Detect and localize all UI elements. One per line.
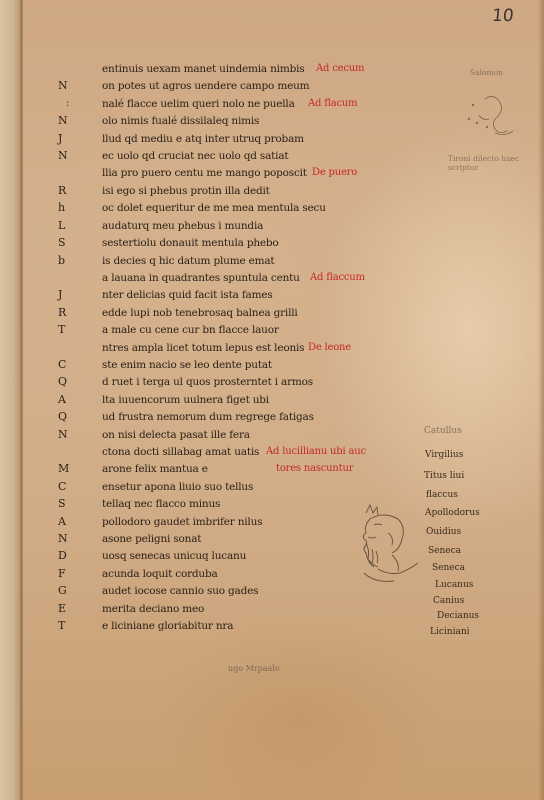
line-initial: S — [58, 234, 72, 252]
line-verse: audet iocose cannio suo gades — [102, 582, 258, 600]
line-rubric: Ad flacum — [308, 95, 357, 113]
line-initial: T — [58, 321, 72, 339]
line-initial: N — [58, 530, 72, 548]
manuscript-page: 10 Salomon Tironi dilecto haec scriptur … — [0, 0, 544, 800]
line-rubric: tores nascuntur — [276, 460, 353, 478]
line-initial: R — [58, 182, 72, 200]
line-verse: acunda loquit corduba — [102, 565, 218, 583]
line-verse: ensetur apona liuio suo tellus — [102, 478, 253, 496]
line-verse: audaturq meu phebus i mundia — [102, 217, 263, 235]
line-initial: F — [58, 565, 72, 583]
line-initial: T — [58, 617, 72, 635]
margin-note-name: Salomon — [470, 68, 503, 77]
line-verse: uosq senecas unicuq lucanu — [102, 547, 246, 565]
line-verse: e liciniane gloriabitur nra — [102, 617, 233, 635]
line-initial: G — [58, 582, 72, 600]
line-verse: is decies q hic datum plume emat — [102, 252, 274, 270]
line-verse: ec uolo qd cruciat nec uolo qd satiat — [102, 147, 288, 165]
line-verse: ste enim nacio se leo dente putat — [102, 356, 272, 374]
side-note: Virgilius — [425, 450, 463, 460]
side-note: Lucanus — [435, 580, 473, 590]
line-verse: ud frustra nemorum dum regrege fatigas — [102, 408, 314, 426]
line-initial: N — [58, 426, 72, 444]
line-verse: on potes ut agros uendere campo meum — [102, 77, 309, 95]
bottom-annotation: ugo Mrpaalo — [228, 664, 280, 673]
folio-number: 10 — [491, 6, 515, 26]
line-verse: oc dolet equeritur de me mea mentula sec… — [102, 199, 326, 217]
line-initial: b — [58, 252, 72, 270]
line-initial: C — [58, 478, 72, 496]
gutter-fold-line — [20, 0, 23, 800]
line-rubric: De puero — [312, 164, 357, 182]
line-verse: d ruet i terga ul quos prosterntet i arm… — [102, 373, 313, 391]
line-verse: pollodoro gaudet imbrifer nilus — [102, 513, 262, 531]
line-verse: entinuis uexam manet uindemia nimbis — [102, 60, 304, 78]
line-initial: J — [58, 286, 72, 304]
line-verse: edde lupi nob tenebrosaq balnea grilli — [102, 304, 298, 322]
line-initial: A — [58, 513, 72, 531]
line-verse: a lauana in quadrantes spuntula centu — [102, 269, 300, 287]
side-note: Seneca — [428, 546, 461, 556]
line-initial: N — [58, 147, 72, 165]
line-rubric: Ad flaccum — [310, 269, 365, 287]
line-initial: N — [58, 112, 72, 130]
line-verse: tellaq nec flacco minus — [102, 495, 220, 513]
line-verse: llud qd mediu e atq inter utruq probam — [102, 130, 304, 148]
line-verse: ntres ampla licet totum lepus est leonis — [102, 339, 304, 357]
side-note: flaccus — [426, 490, 458, 500]
line-verse: isi ego si phebus protin illa dedit — [102, 182, 270, 200]
line-initial: D — [58, 547, 72, 565]
line-verse: on nisi delecta pasat ille fera — [102, 426, 250, 444]
line-initial: J — [58, 130, 72, 148]
line-initial: S — [58, 495, 72, 513]
line-verse: asone peligni sonat — [102, 530, 201, 548]
binding-gutter — [0, 0, 22, 800]
line-verse: arone felix mantua e — [102, 460, 208, 478]
line-verse: a male cu cene cur bn flacce lauor — [102, 321, 279, 339]
line-initial: C — [58, 356, 72, 374]
line-verse: lta iuuencorum uulnera figet ubi — [102, 391, 269, 409]
line-initial: L — [58, 217, 72, 235]
side-note: Ouidius — [426, 527, 461, 537]
margin-dots: : — [66, 98, 69, 109]
line-initial: M — [58, 460, 72, 478]
line-initial: Q — [58, 373, 72, 391]
line-verse: ctona docti sillabag amat uatis — [102, 443, 259, 461]
portrait-sketch-icon — [352, 503, 420, 591]
side-note: Seneca — [432, 563, 465, 573]
line-rubric: De leone — [308, 339, 351, 357]
line-initial: A — [58, 391, 72, 409]
line-initial: h — [58, 199, 72, 217]
side-note: Titus liui — [424, 471, 464, 481]
line-verse: nter delicias quid facit ista fames — [102, 286, 273, 304]
side-note: Decianus — [437, 611, 479, 621]
side-note: Apollodorus — [425, 508, 480, 518]
line-rubric: Ad lucillianu ubi auc — [266, 443, 366, 461]
line-initial: N — [58, 77, 72, 95]
line-verse: llia pro puero centu me mango poposcit — [102, 164, 307, 182]
page-right-edge — [538, 0, 544, 800]
line-verse: merita deciano meo — [102, 600, 204, 618]
line-initial: E — [58, 600, 72, 618]
side-note: Canius — [433, 596, 464, 606]
side-note: Catullus — [424, 426, 462, 436]
line-verse: olo nimis fualé dissilaleq nimis — [102, 112, 259, 130]
line-rubric: Ad cecum — [316, 60, 364, 78]
line-verse: sestertiolu donauit mentula phebo — [102, 234, 279, 252]
margin-doodle-icon — [465, 85, 525, 145]
line-initial: R — [58, 304, 72, 322]
line-initial: Q — [58, 408, 72, 426]
side-note: Liciniani — [430, 627, 470, 637]
margin-note-caption: Tironi dilecto haec scriptur — [448, 154, 544, 172]
line-verse: nalé flacce uelim queri nolo ne puella — [102, 95, 295, 113]
